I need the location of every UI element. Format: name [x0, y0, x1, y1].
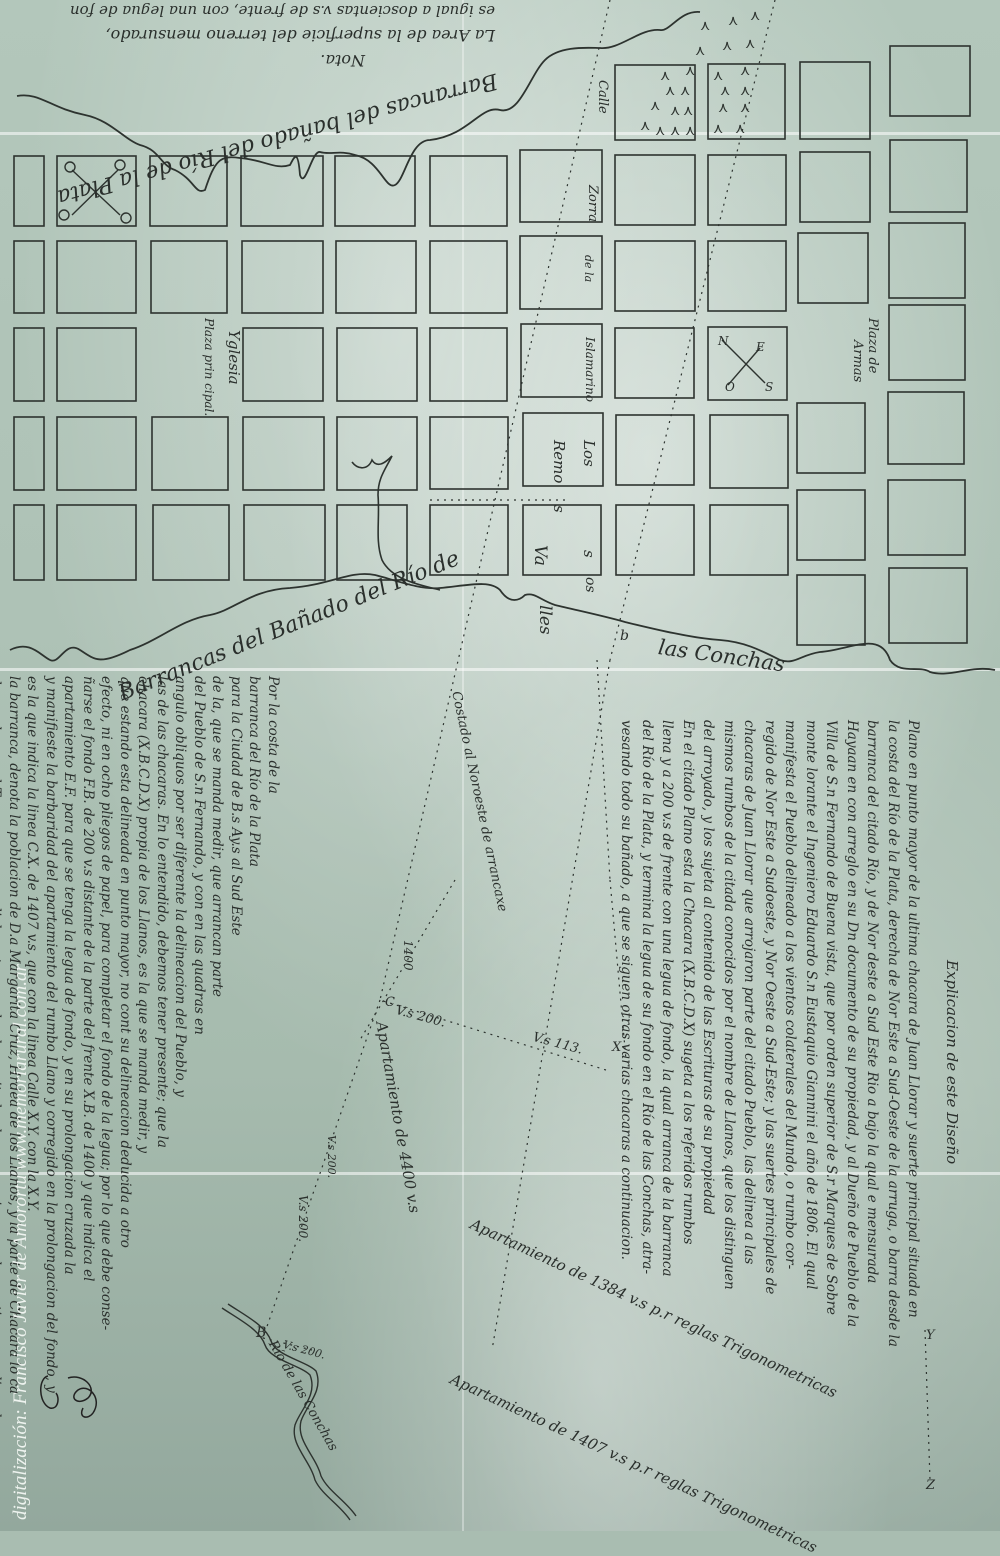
svg-text:⋏: ⋏ — [740, 100, 750, 116]
explanation-line: llena y a 200 v.s de frente con una legu… — [657, 720, 678, 1347]
explanation-line: del Río de la Plata, y termina la legua … — [637, 720, 658, 1347]
measure-1400: 1400 — [401, 940, 415, 971]
point-b-small: b — [620, 628, 629, 644]
label-nota-title: Nota. — [320, 51, 365, 70]
compass-o: O — [725, 380, 735, 394]
note-line: Por la costa de la — [264, 676, 283, 1432]
explanation-line: Villa de S.n Fernando de Buena vista, qu… — [821, 720, 842, 1347]
label-plaza-armas: Plaza de — [865, 318, 880, 373]
note-line: angulo obliquos por ser diferente la del… — [171, 676, 190, 1432]
note-line: apartamiento E.F. para que se tenga la l… — [60, 676, 79, 1432]
svg-text:⋏: ⋏ — [695, 43, 705, 59]
svg-text:⋏: ⋏ — [713, 68, 723, 84]
svg-text:⋏: ⋏ — [740, 63, 750, 79]
point-z: Z — [926, 1478, 935, 1493]
note-line: de la, que se manda medir, que arrancan … — [208, 676, 227, 1432]
label-street: Los — [580, 440, 598, 467]
label-street: lles — [535, 605, 555, 635]
map-sheet: ⋏⋏ ⋏⋏ ⋏⋏⋏ ⋏⋏⋏⋏ ⋏⋏ ⋏⋏ ⋏⋏ ⋏⋏ ⋏⋏⋏ ⋏⋏⋏ Barra… — [0, 0, 1000, 1531]
explanation-line: regido de Nor Este a Sudoeste, y Nor Oes… — [760, 720, 781, 1347]
svg-text:⋏: ⋏ — [670, 123, 680, 139]
explanation-line: mismos rumbos de la citada conocidos por… — [719, 720, 740, 1347]
svg-text:⋏: ⋏ — [735, 121, 745, 137]
svg-text:⋏: ⋏ — [650, 98, 660, 114]
note-line: ñarse el fondo F.B. de 200 v.s distante … — [79, 676, 98, 1432]
tree-symbols: ⋏⋏ ⋏⋏ ⋏⋏⋏ ⋏⋏⋏⋏ ⋏⋏ ⋏⋏ ⋏⋏ ⋏⋏ ⋏⋏⋏ ⋏⋏⋏ — [640, 8, 760, 139]
compass-e: E — [756, 340, 765, 354]
svg-text:⋏: ⋏ — [683, 103, 693, 119]
note-line: barranca del Río de la Plata — [245, 676, 264, 1432]
label-street: Remo — [550, 440, 568, 483]
signature-flourish — [38, 1368, 108, 1428]
explanation-line: manifesta el Pueblo delineado a los vien… — [780, 720, 801, 1347]
explanation-line: vesando todo su bañado, a que se siguen … — [616, 720, 637, 1347]
label-street: de la — [582, 255, 595, 282]
note-line: las de las chacaras. En lo entendido, de… — [153, 676, 172, 1432]
label-street: Islamarino — [583, 337, 597, 402]
svg-text:⋏: ⋏ — [713, 121, 723, 137]
compass-s: S — [765, 380, 773, 394]
explanation-line: chacaras de Juan Llorar que arrojaron pa… — [739, 720, 760, 1347]
note-line: efecto, ni en ocho pliegos de papel, par… — [97, 676, 116, 1432]
label-street: os — [582, 577, 598, 593]
svg-text:⋏: ⋏ — [750, 8, 760, 24]
svg-text:⋏: ⋏ — [655, 123, 665, 139]
compass-n: N — [718, 334, 729, 348]
svg-text:⋏: ⋏ — [665, 83, 675, 99]
note-line: del Pueblo de S.n Fernando, y con en las… — [190, 676, 209, 1432]
label-street: Calle — [595, 80, 610, 114]
measure-vs200-c: V.s 200. — [296, 1195, 310, 1242]
svg-text:⋏: ⋏ — [680, 83, 690, 99]
label-street: s — [580, 550, 598, 558]
note-line: y manifieste la barbaridad del apartamie… — [42, 676, 61, 1432]
explanation-line: del arroyado, y los sujeta al contenido … — [698, 720, 719, 1347]
label-plaza-principal: Plaza prin cipal. — [202, 318, 216, 416]
svg-text:⋏: ⋏ — [640, 118, 650, 134]
note-line: da con lopez, el Terreno que ymedialment… — [0, 676, 5, 1432]
svg-text:⋏: ⋏ — [740, 83, 750, 99]
svg-text:⋏: ⋏ — [685, 63, 695, 79]
label-plaza-armas-2: Armas — [850, 340, 865, 382]
note-line: chacara (X.B.C.D.X) propia de los Llanos… — [134, 676, 153, 1432]
label-street: Va — [530, 545, 550, 566]
block-grid — [14, 46, 970, 645]
label-iglesia: Yglesia — [225, 330, 243, 385]
explanation-line: la costa del Río de la Plata, derecha de… — [883, 720, 904, 1347]
svg-text:⋏: ⋏ — [685, 123, 695, 139]
explanation-line: Hayaan en con arreglo en su Dn documento… — [842, 720, 863, 1347]
river-conchas-bank — [10, 574, 995, 674]
measure-vs200-b: V.s 200. — [325, 1135, 338, 1178]
explanation-line: barranca del citado Río, y de Nor deste … — [862, 720, 883, 1347]
svg-text:⋏: ⋏ — [728, 13, 738, 29]
label-nota-line2: es igual a doscientas v.s de frente, con… — [70, 2, 495, 20]
explanation-title: Explicacion de este Diseño — [942, 720, 963, 1347]
svg-text:⋏: ⋏ — [745, 36, 755, 52]
svg-text:⋏: ⋏ — [700, 18, 710, 34]
svg-text:⋏: ⋏ — [670, 103, 680, 119]
svg-text:⋏: ⋏ — [660, 68, 670, 84]
digitization-credit: digitalización: Francisco Javier de Amor… — [10, 964, 32, 1520]
label-nota-line1: La Area de la superficie del terreno men… — [106, 26, 495, 45]
point-c: C — [385, 995, 395, 1010]
explanation-block: Explicacion de este Diseño Plano en punt… — [616, 720, 962, 1347]
explanation-line: En el citado Plano esta la Chacara (X.B.… — [678, 720, 699, 1347]
label-street: s — [550, 505, 568, 513]
svg-text:⋏: ⋏ — [722, 38, 732, 54]
left-note-block: Por la costa de la barranca del Río de l… — [0, 676, 282, 1432]
note-line: para la Ciudad de B.s Ay.s al Sud Este — [227, 676, 246, 1432]
label-street: Zorra — [585, 185, 600, 222]
svg-text:⋏: ⋏ — [720, 83, 730, 99]
note-line: que estando esta delineada en punto mayo… — [116, 676, 135, 1432]
explanation-line: monte lorante el Ingeniero Eduardo S.n E… — [801, 720, 822, 1347]
svg-text:⋏: ⋏ — [718, 100, 728, 116]
explanation-line: Plano en punto mayor de la ultima chacar… — [903, 720, 924, 1347]
